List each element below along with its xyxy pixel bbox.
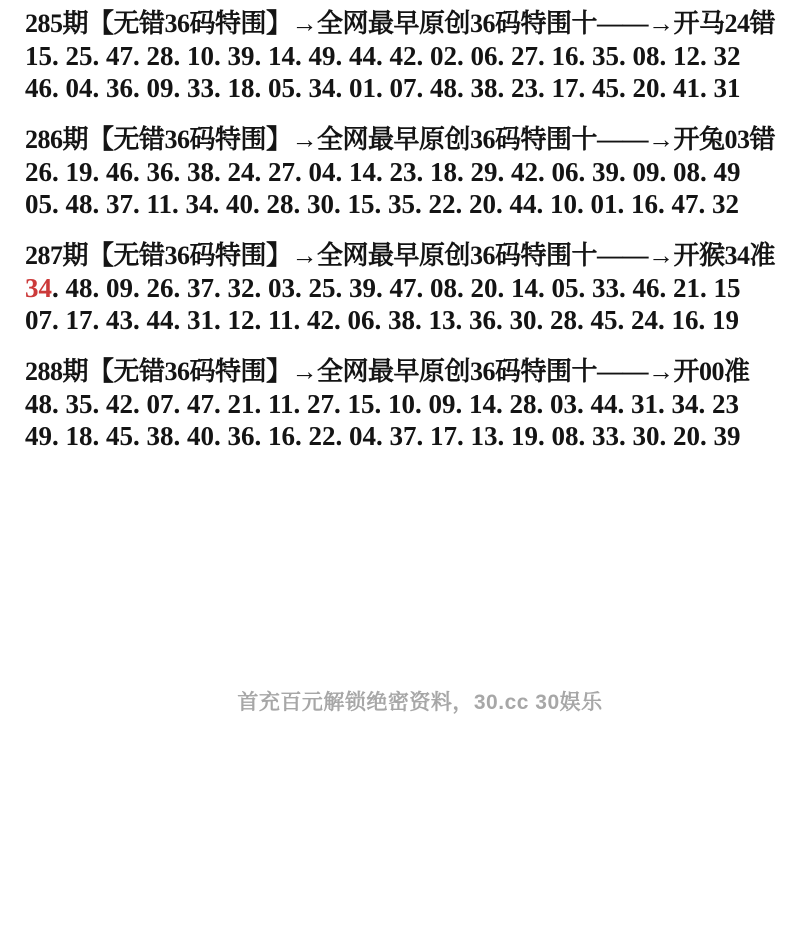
watermark-text: 首充百元解锁绝密资料，30.cc 30娱乐	[40, 690, 800, 715]
highlighted-winning-number: 34	[25, 273, 52, 303]
numbers-line-1: 34. 48. 09. 26. 37. 32. 03. 25. 39. 47. …	[25, 272, 800, 304]
block-header: 287期【无错36码特围】→全网最早原创36码特围十——→开猴34准	[25, 240, 800, 272]
block-header: 286期【无错36码特围】→全网最早原创36码特围十——→开兔03错	[25, 124, 800, 156]
numbers-line-1-rest: . 48. 09. 26. 37. 32. 03. 25. 39. 47. 08…	[52, 273, 741, 303]
numbers-line-1: 26. 19. 46. 36. 38. 24. 27. 04. 14. 23. …	[25, 156, 800, 188]
numbers-line-1: 15. 25. 47. 28. 10. 39. 14. 49. 44. 42. …	[25, 40, 800, 72]
numbers-line-1: 48. 35. 42. 07. 47. 21. 11. 27. 15. 10. …	[25, 388, 800, 420]
block-header: 285期【无错36码特围】→全网最早原创36码特围十——→开马24错	[25, 8, 800, 40]
numbers-line-2: 46. 04. 36. 09. 33. 18. 05. 34. 01. 07. …	[25, 72, 800, 104]
block-header: 288期【无错36码特围】→全网最早原创36码特围十——→开00准	[25, 356, 800, 388]
numbers-line-2: 05. 48. 37. 11. 34. 40. 28. 30. 15. 35. …	[25, 188, 800, 220]
prediction-block-287: 287期【无错36码特围】→全网最早原创36码特围十——→开猴34准 34. 4…	[25, 240, 800, 336]
prediction-block-288: 288期【无错36码特围】→全网最早原创36码特围十——→开00准 48. 35…	[25, 356, 800, 452]
prediction-block-285: 285期【无错36码特围】→全网最早原创36码特围十——→开马24错 15. 2…	[25, 8, 800, 104]
numbers-line-2: 49. 18. 45. 38. 40. 36. 16. 22. 04. 37. …	[25, 420, 800, 452]
prediction-block-286: 286期【无错36码特围】→全网最早原创36码特围十——→开兔03错 26. 1…	[25, 124, 800, 220]
prediction-list: 285期【无错36码特围】→全网最早原创36码特围十——→开马24错 15. 2…	[25, 8, 800, 472]
lottery-prediction-page: 285期【无错36码特围】→全网最早原创36码特围十——→开马24错 15. 2…	[0, 0, 800, 945]
numbers-line-2: 07. 17. 43. 44. 31. 12. 11. 42. 06. 38. …	[25, 304, 800, 336]
